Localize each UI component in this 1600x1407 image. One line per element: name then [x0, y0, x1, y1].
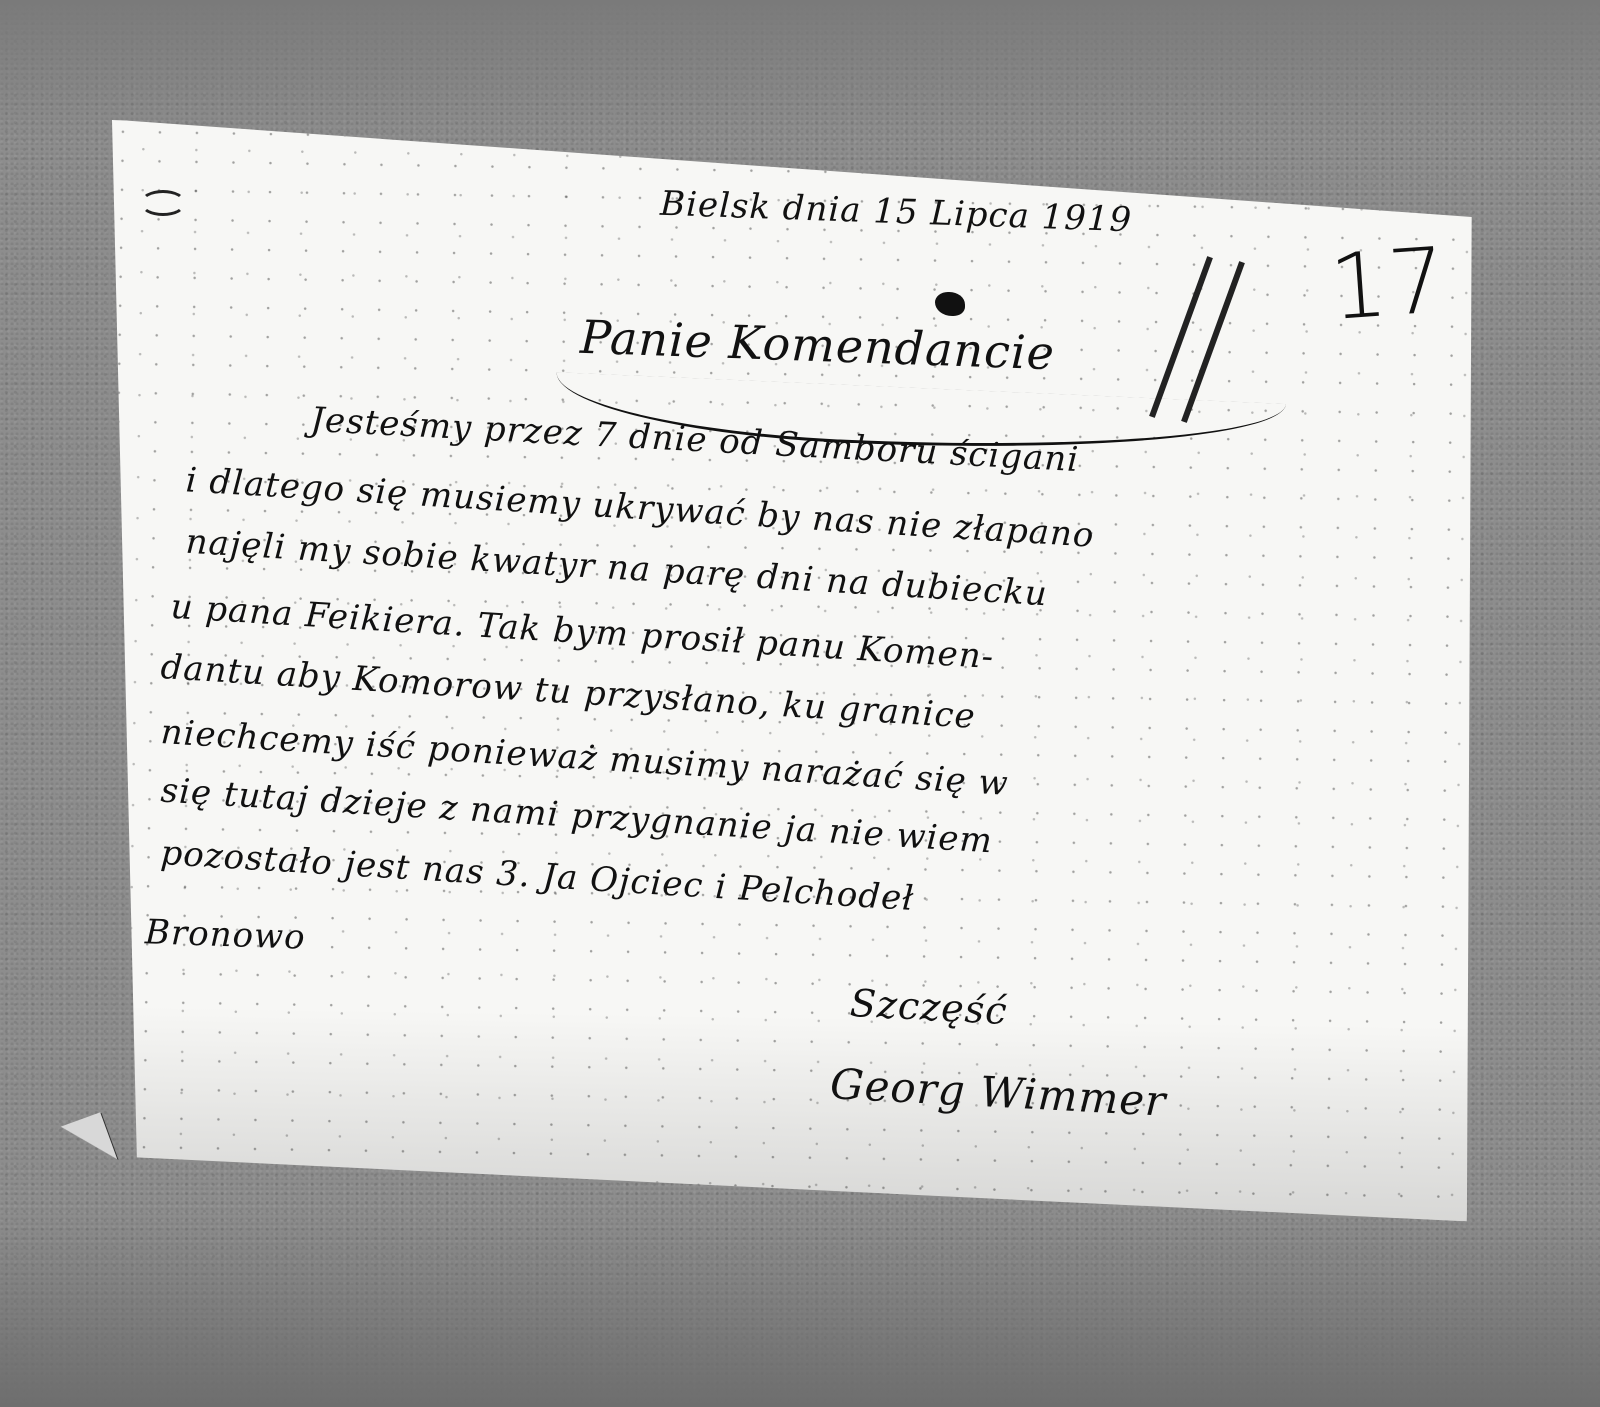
closing: Szczęść [849, 981, 1009, 1033]
desk-surface-top-shade [0, 0, 1600, 140]
desk-surface-bottom-shade [0, 1207, 1600, 1407]
archive-number: 17 [1326, 228, 1450, 341]
ink-doodle-icon [140, 190, 186, 216]
body-line: Bronowo [144, 912, 306, 958]
folded-corner [61, 1112, 118, 1173]
